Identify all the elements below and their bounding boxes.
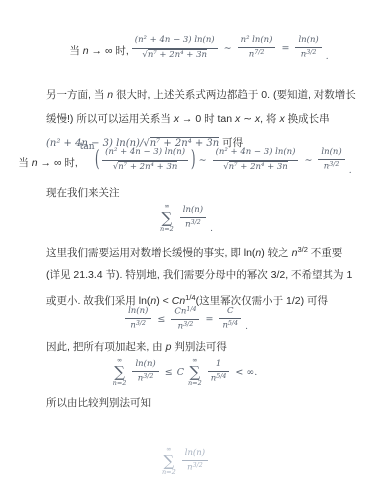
- period: .: [326, 52, 329, 62]
- paragraph-line: (详见 21.3.4 节). 特别地, 我们需要分母中的幂次 3/2, 不希望其…: [46, 262, 336, 286]
- period: .: [210, 224, 213, 234]
- numerator: (n² + 4n − 3) ln(n): [132, 35, 218, 48]
- fraction: ln(n) n3/2: [180, 205, 206, 231]
- denominator: n3/2: [125, 319, 151, 332]
- numerator: (n² + 4n − 3) ln(n): [213, 147, 299, 160]
- period: .: [349, 166, 352, 176]
- summation: ∞ ∑ n=2: [162, 446, 176, 475]
- tilde-operator: ∼: [304, 155, 312, 166]
- fraction-main: (n² + 4n − 3) ln(n) √n⁷ + 2n⁴ + 3n: [102, 147, 188, 172]
- summation: ∞ ∑ n=2: [160, 203, 174, 232]
- numerator: ln(n): [125, 306, 151, 319]
- den-exponent: 3/2: [191, 219, 201, 226]
- denominator: n3/2: [171, 320, 199, 333]
- fraction: ln(n) n3/2: [182, 448, 208, 474]
- den-exponent: 3/2: [329, 161, 339, 168]
- numerator: 1: [208, 359, 230, 372]
- paragraph-line: 这里我们需要运用对数增长缓慢的事实, 即 ln(n) 较之 n3/2 不重要: [46, 238, 336, 262]
- paragraph-line: 缓慢!) 所以可以运用关系当 x → 0 时 tan x ∼ x, 将 x 换成…: [46, 106, 336, 130]
- fraction-result: ln(n) n3/2: [295, 35, 321, 61]
- denominator: n3/2: [318, 160, 344, 173]
- den-exponent: 3/2: [193, 462, 203, 469]
- display-inequality: ln(n) n3/2 ≤ Cn1/4 n3/2 = C n5/4 .: [0, 302, 370, 336]
- fraction-right: 1 n5/4: [208, 359, 230, 385]
- sum-lower-limit: n=2: [160, 226, 174, 233]
- num-base: Cn: [174, 306, 186, 316]
- radicand: n⁷ + 2n⁴ + 3n: [118, 161, 177, 172]
- numerator: n² ln(n): [238, 35, 276, 48]
- den-exponent: 3/2: [143, 373, 153, 380]
- finite-tail: < ∞.: [235, 367, 257, 378]
- den-exponent: 5/4: [216, 373, 226, 380]
- numerator: ln(n): [182, 448, 208, 461]
- denominator: √n⁷ + 2n⁴ + 3n: [132, 49, 218, 61]
- radical-sign: √: [223, 162, 228, 172]
- sigma-symbol: ∑: [190, 365, 201, 380]
- display-sum-inequality: ∞ ∑ n=2 ln(n) n3/2 ≤ C ∞ ∑ n=2 1 n5/4 < …: [0, 352, 370, 392]
- radicand: n⁷ + 2n⁴ + 3n: [229, 161, 288, 172]
- display-formula-asymptotic: 当 n → ∞ 时, (n² + 4n − 3) ln(n) √n⁷ + 2n⁴…: [0, 30, 370, 66]
- numerator: ln(n): [132, 359, 158, 372]
- formula-prefix: 当 n → ∞ 时,: [18, 151, 77, 170]
- numerator: ln(n): [180, 205, 206, 218]
- paragraph-comparison-test: 所以由比较判别法可知: [46, 390, 336, 414]
- numerator: Cn1/4: [171, 306, 199, 320]
- numerator: ln(n): [318, 147, 344, 160]
- period: .: [245, 322, 248, 332]
- leq-operator: ≤: [165, 367, 173, 378]
- denominator: n3/2: [180, 218, 206, 231]
- fraction-result: ln(n) n3/2: [318, 147, 344, 173]
- equals-operator: =: [281, 43, 289, 54]
- den-exponent: 3/2: [183, 321, 193, 328]
- denominator: n3/2: [132, 372, 158, 385]
- textbook-page: 当 n → ∞ 时, (n² + 4n − 3) ln(n) √n⁷ + 2n⁴…: [0, 0, 370, 480]
- tilde-operator: ∼: [224, 43, 232, 54]
- denominator: n3/2: [182, 461, 208, 474]
- sigma-symbol: ∑: [162, 211, 173, 226]
- denominator: n7/2: [238, 48, 276, 61]
- fraction-main-repeat: (n² + 4n − 3) ln(n) √n⁷ + 2n⁴ + 3n: [213, 147, 299, 172]
- formula-prefix: 当 n → ∞ 时,: [69, 39, 128, 58]
- denominator: n3/2: [295, 48, 321, 61]
- paragraph-text: 所以由比较判别法可知: [46, 397, 151, 409]
- tilde-operator: ∼: [199, 155, 207, 166]
- right-paren: ): [191, 149, 196, 171]
- denominator: n5/4: [208, 372, 230, 385]
- den-exponent: 3/2: [136, 320, 146, 327]
- summation-right: ∞ ∑ n=2: [188, 357, 202, 386]
- sigma-symbol: ∑: [114, 365, 125, 380]
- denominator: √n⁷ + 2n⁴ + 3n: [213, 161, 299, 173]
- num-exponent: 1/4: [186, 306, 196, 313]
- paragraph-line: 另一方面, 当 n 很大时, 上述关系式两边都趋于 0. (要知道, 对数增长: [46, 82, 336, 106]
- fraction-left: ln(n) n3/2: [132, 359, 158, 385]
- denominator: √n⁷ + 2n⁴ + 3n: [102, 161, 188, 173]
- numerator: C: [219, 306, 241, 319]
- summation-left: ∞ ∑ n=2: [113, 357, 127, 386]
- sigma-symbol: ∑: [163, 454, 174, 469]
- fraction-right: C n5/4: [219, 306, 241, 332]
- sum-lower-limit: n=2: [162, 469, 176, 476]
- denominator: n5/4: [219, 319, 241, 332]
- den-exponent: 7/2: [254, 49, 264, 56]
- display-sum-bottom: ∞ ∑ n=2 ln(n) n3/2: [0, 446, 370, 476]
- den-exponent: 5/4: [228, 320, 238, 327]
- equals-operator: =: [205, 314, 213, 325]
- sum-lower-limit: n=2: [188, 380, 202, 387]
- display-formula-tan: 当 n → ∞ 时, tan ( (n² + 4n − 3) ln(n) √n⁷…: [0, 140, 370, 180]
- fraction-simplified: n² ln(n) n7/2: [238, 35, 276, 61]
- fraction-main: (n² + 4n − 3) ln(n) √n⁷ + 2n⁴ + 3n: [132, 35, 218, 60]
- leq-operator: ≤: [157, 314, 165, 325]
- display-sum-series: ∞ ∑ n=2 ln(n) n3/2 .: [0, 198, 370, 238]
- numerator: (n² + 4n − 3) ln(n): [102, 147, 188, 160]
- sum-lower-limit: n=2: [113, 380, 127, 387]
- fraction-middle: Cn1/4 n3/2: [171, 306, 199, 332]
- paragraph-log-growth: 这里我们需要运用对数增长缓慢的事实, 即 ln(n) 较之 n3/2 不重要 (…: [46, 238, 336, 310]
- numerator: ln(n): [295, 35, 321, 48]
- den-exponent: 3/2: [306, 49, 316, 56]
- left-paren: (: [95, 149, 100, 171]
- constant-C: C: [177, 367, 184, 378]
- radicand: n⁷ + 2n⁴ + 3n: [148, 49, 207, 60]
- fraction-left: ln(n) n3/2: [125, 306, 151, 332]
- tan-function-label: tan: [80, 142, 95, 152]
